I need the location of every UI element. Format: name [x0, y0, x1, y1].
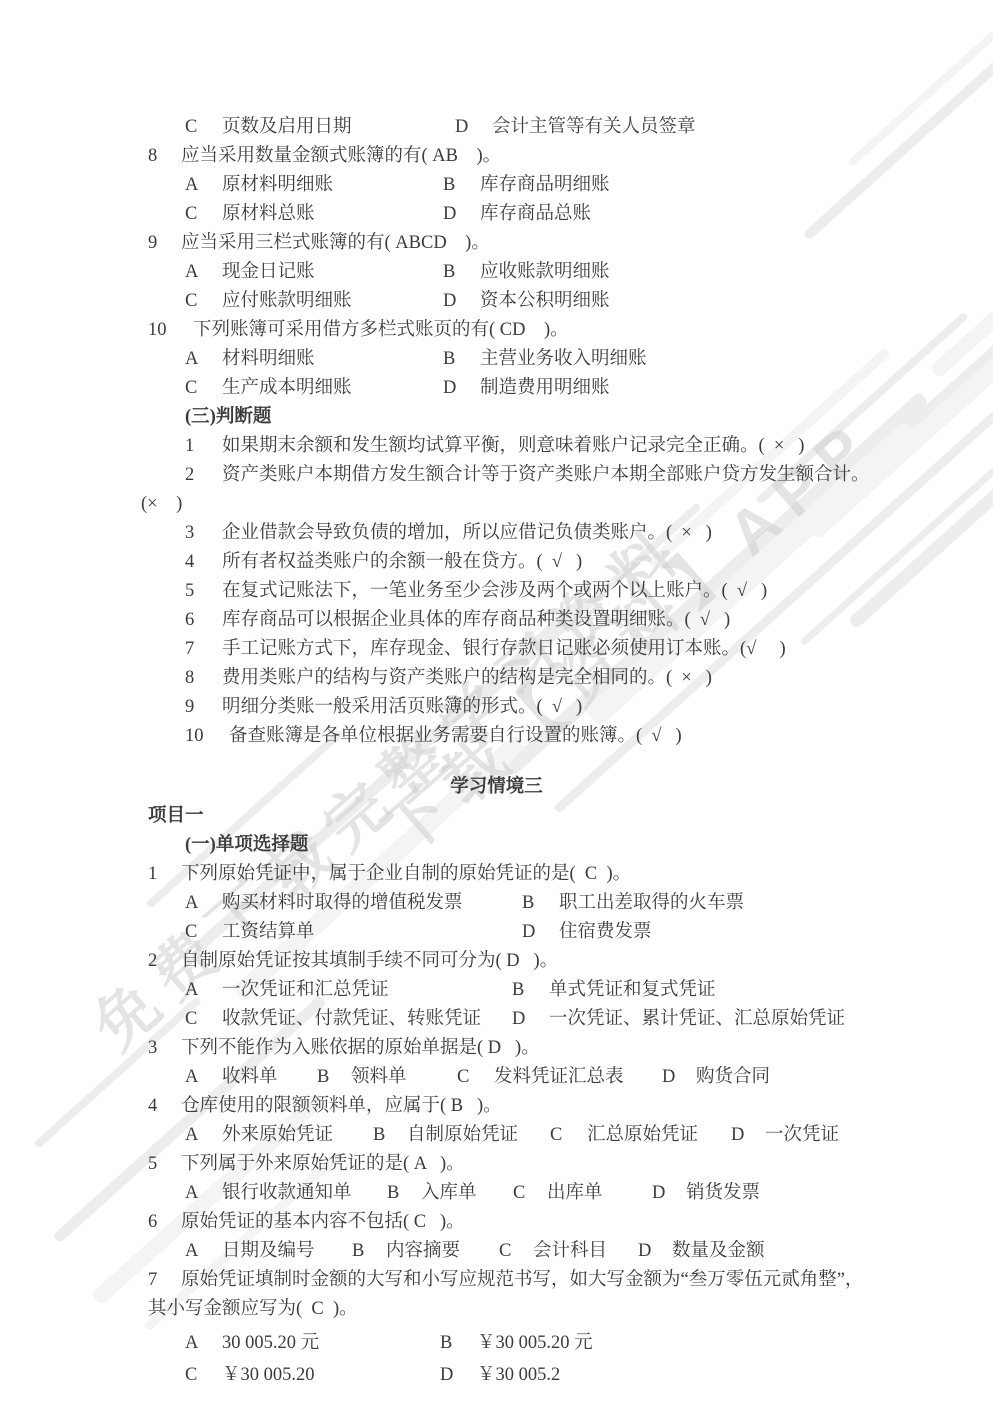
item-text: 明细分类账一般采用活页账簿的形式。( √ )	[222, 693, 582, 722]
option-text: 数量及金额	[672, 1237, 765, 1266]
option-row: A 外来原始凭证 B 自制原始凭证 C 汇总原始凭证 D 一次凭证	[0, 1121, 993, 1150]
option-letter: B	[317, 1063, 329, 1092]
option-text: 外来原始凭证	[222, 1121, 333, 1150]
option-text: 会计科目	[533, 1237, 607, 1266]
option-letter: D	[522, 918, 535, 947]
judge-item-continuation: (× )	[0, 490, 993, 519]
option-letter: C	[513, 1179, 525, 1208]
item-text: 所有者权益类账户的余额一般在贷方。( √ )	[222, 548, 582, 577]
option-letter: D	[443, 200, 456, 229]
option-row: A 现金日记账 B 应收账款明细账	[0, 258, 993, 287]
section-heading: (一)单项选择题	[0, 831, 993, 860]
option-text: 一次凭证	[765, 1121, 839, 1150]
option-letter: B	[440, 1329, 452, 1358]
item-text: 费用类账户的结构与资产类账户的结构是完全相同的。( × )	[222, 664, 712, 693]
option-text: 住宿费发票	[559, 918, 652, 947]
option-row: A 日期及编号 B 内容摘要 C 会计科目 D 数量及金额	[0, 1237, 993, 1266]
option-letter: B	[443, 258, 455, 287]
judge-item: 6 库存商品可以根据企业具体的库存商品种类设置明细账。( √ )	[0, 606, 993, 635]
document-page: 免费下载完整学习资料 下载【资料】APP C 页数及启用日期 D 会计主管等有关…	[0, 0, 993, 1404]
option-letter: D	[455, 113, 468, 142]
heading-text: 项目一	[148, 802, 204, 831]
item-text: 资产类账户本期借方发生额合计等于资产类账户本期全部账户贷方发生额合计。	[222, 461, 870, 490]
option-letter: B	[522, 889, 534, 918]
item-answer: (× )	[141, 490, 182, 519]
question-stem-continuation: 其小写金额应写为( C )。	[0, 1295, 993, 1324]
option-letter: A	[185, 889, 198, 918]
option-text: 购货合同	[696, 1063, 770, 1092]
option-text: 库存商品明细账	[480, 171, 610, 200]
option-text: 出库单	[547, 1179, 603, 1208]
option-letter: D	[652, 1179, 665, 1208]
option-text: 购买材料时取得的增值税发票	[222, 889, 463, 918]
item-text: 备查账簿是各单位根据业务需要自行设置的账簿。( √ )	[229, 722, 682, 751]
question-text: 其小写金额应写为( C )。	[148, 1295, 358, 1324]
option-text: 工资结算单	[222, 918, 315, 947]
option-letter: A	[185, 258, 198, 287]
option-letter: A	[185, 1179, 198, 1208]
question-stem: 3 下列不能作为入账依据的原始单据是( D )。	[0, 1034, 993, 1063]
option-letter: B	[512, 976, 524, 1005]
option-letter: C	[185, 287, 197, 316]
judge-item: 7 手工记账方式下，库存现金、银行存款日记账必须使用订本账。(√ )	[0, 635, 993, 664]
option-letter: A	[185, 345, 198, 374]
option-letter: B	[373, 1121, 385, 1150]
option-letter: C	[550, 1121, 562, 1150]
option-letter: A	[185, 171, 198, 200]
item-number: 7	[185, 635, 194, 664]
judge-item: 1 如果期末余额和发生额均试算平衡，则意味着账户记录完全正确。( × )	[0, 432, 993, 461]
option-letter: A	[185, 1329, 198, 1358]
item-number: 1	[185, 432, 194, 461]
option-letter: D	[512, 1005, 525, 1034]
question-number: 4	[148, 1092, 157, 1121]
item-number: 8	[185, 664, 194, 693]
question-text: 应当采用数量金额式账簿的有( AB )。	[181, 142, 501, 171]
question-number: 6	[148, 1208, 157, 1237]
item-text: 如果期末余额和发生额均试算平衡，则意味着账户记录完全正确。( × )	[222, 432, 804, 461]
option-text: 日期及编号	[222, 1237, 315, 1266]
option-letter: C	[185, 200, 197, 229]
section-title: 学习情境三	[0, 773, 993, 802]
question-text: 原始凭证填制时金额的大写和小写应规范书写，如大写金额为“叁万零伍元贰角整”，	[181, 1266, 863, 1295]
question-stem: 1 下列原始凭证中，属于企业自制的原始凭证的是( C )。	[0, 860, 993, 889]
question-number: 1	[148, 860, 157, 889]
item-text: 在复式记账法下，一笔业务至少会涉及两个或两个以上账户。( √ )	[222, 577, 767, 606]
item-number: 9	[185, 693, 194, 722]
option-text: 应收账款明细账	[480, 258, 610, 287]
option-letter: B	[352, 1237, 364, 1266]
option-letter: C	[185, 1361, 197, 1390]
document-content: C 页数及启用日期 D 会计主管等有关人员签章 8 应当采用数量金额式账簿的有(…	[0, 0, 993, 1404]
option-letter: C	[185, 113, 197, 142]
option-letter: C	[185, 1005, 197, 1034]
option-letter: D	[662, 1063, 675, 1092]
option-row: A 原材料明细账 B 库存商品明细账	[0, 171, 993, 200]
item-number: 3	[185, 519, 194, 548]
question-text: 自制原始凭证按其填制手续不同可分为( D )。	[181, 947, 558, 976]
option-letter: A	[185, 1237, 198, 1266]
question-text: 原始凭证的基本内容不包括( C )。	[181, 1208, 465, 1237]
item-text: 手工记账方式下，库存现金、银行存款日记账必须使用订本账。(√ )	[222, 635, 786, 664]
question-stem: 2 自制原始凭证按其填制手续不同可分为( D )。	[0, 947, 993, 976]
option-text: 库存商品总账	[480, 200, 591, 229]
option-row: A 30 005.20 元 B ￥30 005.20 元	[0, 1329, 993, 1358]
option-text: 原材料总账	[222, 200, 315, 229]
option-letter: A	[185, 1063, 198, 1092]
project-heading: 项目一	[0, 802, 993, 831]
heading-text: (三)判断题	[185, 403, 271, 432]
option-text: 应付账款明细账	[222, 287, 352, 316]
judge-item: 10 备查账簿是各单位根据业务需要自行设置的账簿。( √ )	[0, 722, 993, 751]
option-row: A 银行收款通知单 B 入库单 C 出库单 D 销货发票	[0, 1179, 993, 1208]
option-text: 职工出差取得的火车票	[559, 889, 744, 918]
question-stem: 6 原始凭证的基本内容不包括( C )。	[0, 1208, 993, 1237]
option-row: C 页数及启用日期 D 会计主管等有关人员签章	[0, 113, 993, 142]
question-number: 2	[148, 947, 157, 976]
option-row: A 收料单 B 领料单 C 发料凭证汇总表 D 购货合同	[0, 1063, 993, 1092]
item-text: 库存商品可以根据企业具体的库存商品种类设置明细账。( √ )	[222, 606, 730, 635]
judge-item: 9 明细分类账一般采用活页账簿的形式。( √ )	[0, 693, 993, 722]
question-text: 仓库使用的限额领料单，应属于( B )。	[181, 1092, 502, 1121]
option-letter: A	[185, 1121, 198, 1150]
option-letter: C	[185, 374, 197, 403]
question-text: 下列属于外来原始凭证的是( A )。	[181, 1150, 465, 1179]
question-text: 下列账簿可采用借方多栏式账页的有( CD )。	[193, 316, 569, 345]
judge-item: 8 费用类账户的结构与资产类账户的结构是完全相同的。( × )	[0, 664, 993, 693]
question-stem: 7 原始凭证填制时金额的大写和小写应规范书写，如大写金额为“叁万零伍元贰角整”，	[0, 1266, 993, 1295]
option-letter: B	[443, 171, 455, 200]
option-text: 资本公积明细账	[480, 287, 610, 316]
option-row: C 原材料总账 D 库存商品总账	[0, 200, 993, 229]
option-letter: D	[443, 287, 456, 316]
option-text: 汇总原始凭证	[587, 1121, 698, 1150]
option-text: 入库单	[421, 1179, 477, 1208]
option-text: 制造费用明细账	[480, 374, 610, 403]
option-row: C 收款凭证、付款凭证、转账凭证 D 一次凭证、累计凭证、汇总原始凭证	[0, 1005, 993, 1034]
option-letter: B	[387, 1179, 399, 1208]
option-row: A 材料明细账 B 主营业务收入明细账	[0, 345, 993, 374]
judge-item: 3 企业借款会导致负债的增加，所以应借记负债类账户。( × )	[0, 519, 993, 548]
option-row: A 一次凭证和汇总凭证 B 单式凭证和复式凭证	[0, 976, 993, 1005]
option-letter: D	[440, 1361, 453, 1390]
option-text: 发料凭证汇总表	[494, 1063, 624, 1092]
option-row: A 购买材料时取得的增值税发票 B 职工出差取得的火车票	[0, 889, 993, 918]
heading-text: (一)单项选择题	[185, 831, 308, 860]
item-number: 10	[185, 722, 204, 751]
question-text: 应当采用三栏式账簿的有( ABCD )。	[181, 229, 490, 258]
item-number: 5	[185, 577, 194, 606]
option-letter: B	[443, 345, 455, 374]
judge-item: 5 在复式记账法下，一笔业务至少会涉及两个或两个以上账户。( √ )	[0, 577, 993, 606]
judge-item: 2 资产类账户本期借方发生额合计等于资产类账户本期全部账户贷方发生额合计。	[0, 461, 993, 490]
option-text: ￥30 005.20 元	[477, 1329, 593, 1358]
option-text: 自制原始凭证	[407, 1121, 518, 1150]
option-row: C 应付账款明细账 D 资本公积明细账	[0, 287, 993, 316]
question-stem: 5 下列属于外来原始凭证的是( A )。	[0, 1150, 993, 1179]
option-text: 材料明细账	[222, 345, 315, 374]
question-text: 下列原始凭证中，属于企业自制的原始凭证的是( C )。	[181, 860, 631, 889]
option-text: 会计主管等有关人员签章	[492, 113, 696, 142]
option-text: 主营业务收入明细账	[480, 345, 647, 374]
option-letter: D	[731, 1121, 744, 1150]
option-text: 原材料明细账	[222, 171, 333, 200]
question-number: 3	[148, 1034, 157, 1063]
option-text: 一次凭证和汇总凭证	[222, 976, 389, 1005]
question-stem: 4 仓库使用的限额领料单，应属于( B )。	[0, 1092, 993, 1121]
question-stem: 8 应当采用数量金额式账簿的有( AB )。	[0, 142, 993, 171]
option-text: 收款凭证、付款凭证、转账凭证	[222, 1005, 481, 1034]
option-text: 销货发票	[686, 1179, 760, 1208]
item-number: 2	[185, 461, 194, 490]
option-letter: D	[443, 374, 456, 403]
option-text: 银行收款通知单	[222, 1179, 352, 1208]
option-row: C 生产成本明细账 D 制造费用明细账	[0, 374, 993, 403]
option-text: 现金日记账	[222, 258, 315, 287]
question-stem: 9 应当采用三栏式账簿的有( ABCD )。	[0, 229, 993, 258]
judge-item: 4 所有者权益类账户的余额一般在贷方。( √ )	[0, 548, 993, 577]
question-stem: 10 下列账簿可采用借方多栏式账页的有( CD )。	[0, 316, 993, 345]
question-number: 9	[148, 229, 157, 258]
option-text: 单式凭证和复式凭证	[549, 976, 716, 1005]
option-text: 一次凭证、累计凭证、汇总原始凭证	[549, 1005, 845, 1034]
question-number: 8	[148, 142, 157, 171]
option-text: 领料单	[351, 1063, 407, 1092]
option-text: 内容摘要	[386, 1237, 460, 1266]
question-number: 5	[148, 1150, 157, 1179]
option-letter: A	[185, 976, 198, 1005]
option-text: 生产成本明细账	[222, 374, 352, 403]
question-text: 下列不能作为入账依据的原始单据是( D )。	[181, 1034, 540, 1063]
item-text: 企业借款会导致负债的增加，所以应借记负债类账户。( × )	[222, 519, 712, 548]
option-text: 收料单	[222, 1063, 278, 1092]
option-letter: C	[457, 1063, 469, 1092]
option-text: ￥30 005.20	[222, 1361, 315, 1390]
option-text: 页数及启用日期	[222, 113, 352, 142]
section-heading: (三)判断题	[0, 403, 993, 432]
item-number: 6	[185, 606, 194, 635]
item-number: 4	[185, 548, 194, 577]
option-letter: D	[638, 1237, 651, 1266]
option-letter: C	[499, 1237, 511, 1266]
question-number: 7	[148, 1266, 157, 1295]
question-number: 10	[148, 316, 167, 345]
option-row: C ￥30 005.20 D ￥30 005.2	[0, 1361, 993, 1390]
option-row: C 工资结算单 D 住宿费发票	[0, 918, 993, 947]
option-letter: C	[185, 918, 197, 947]
title-text: 学习情境三	[450, 777, 543, 797]
option-text: ￥30 005.2	[477, 1361, 560, 1390]
option-text: 30 005.20 元	[222, 1329, 319, 1358]
